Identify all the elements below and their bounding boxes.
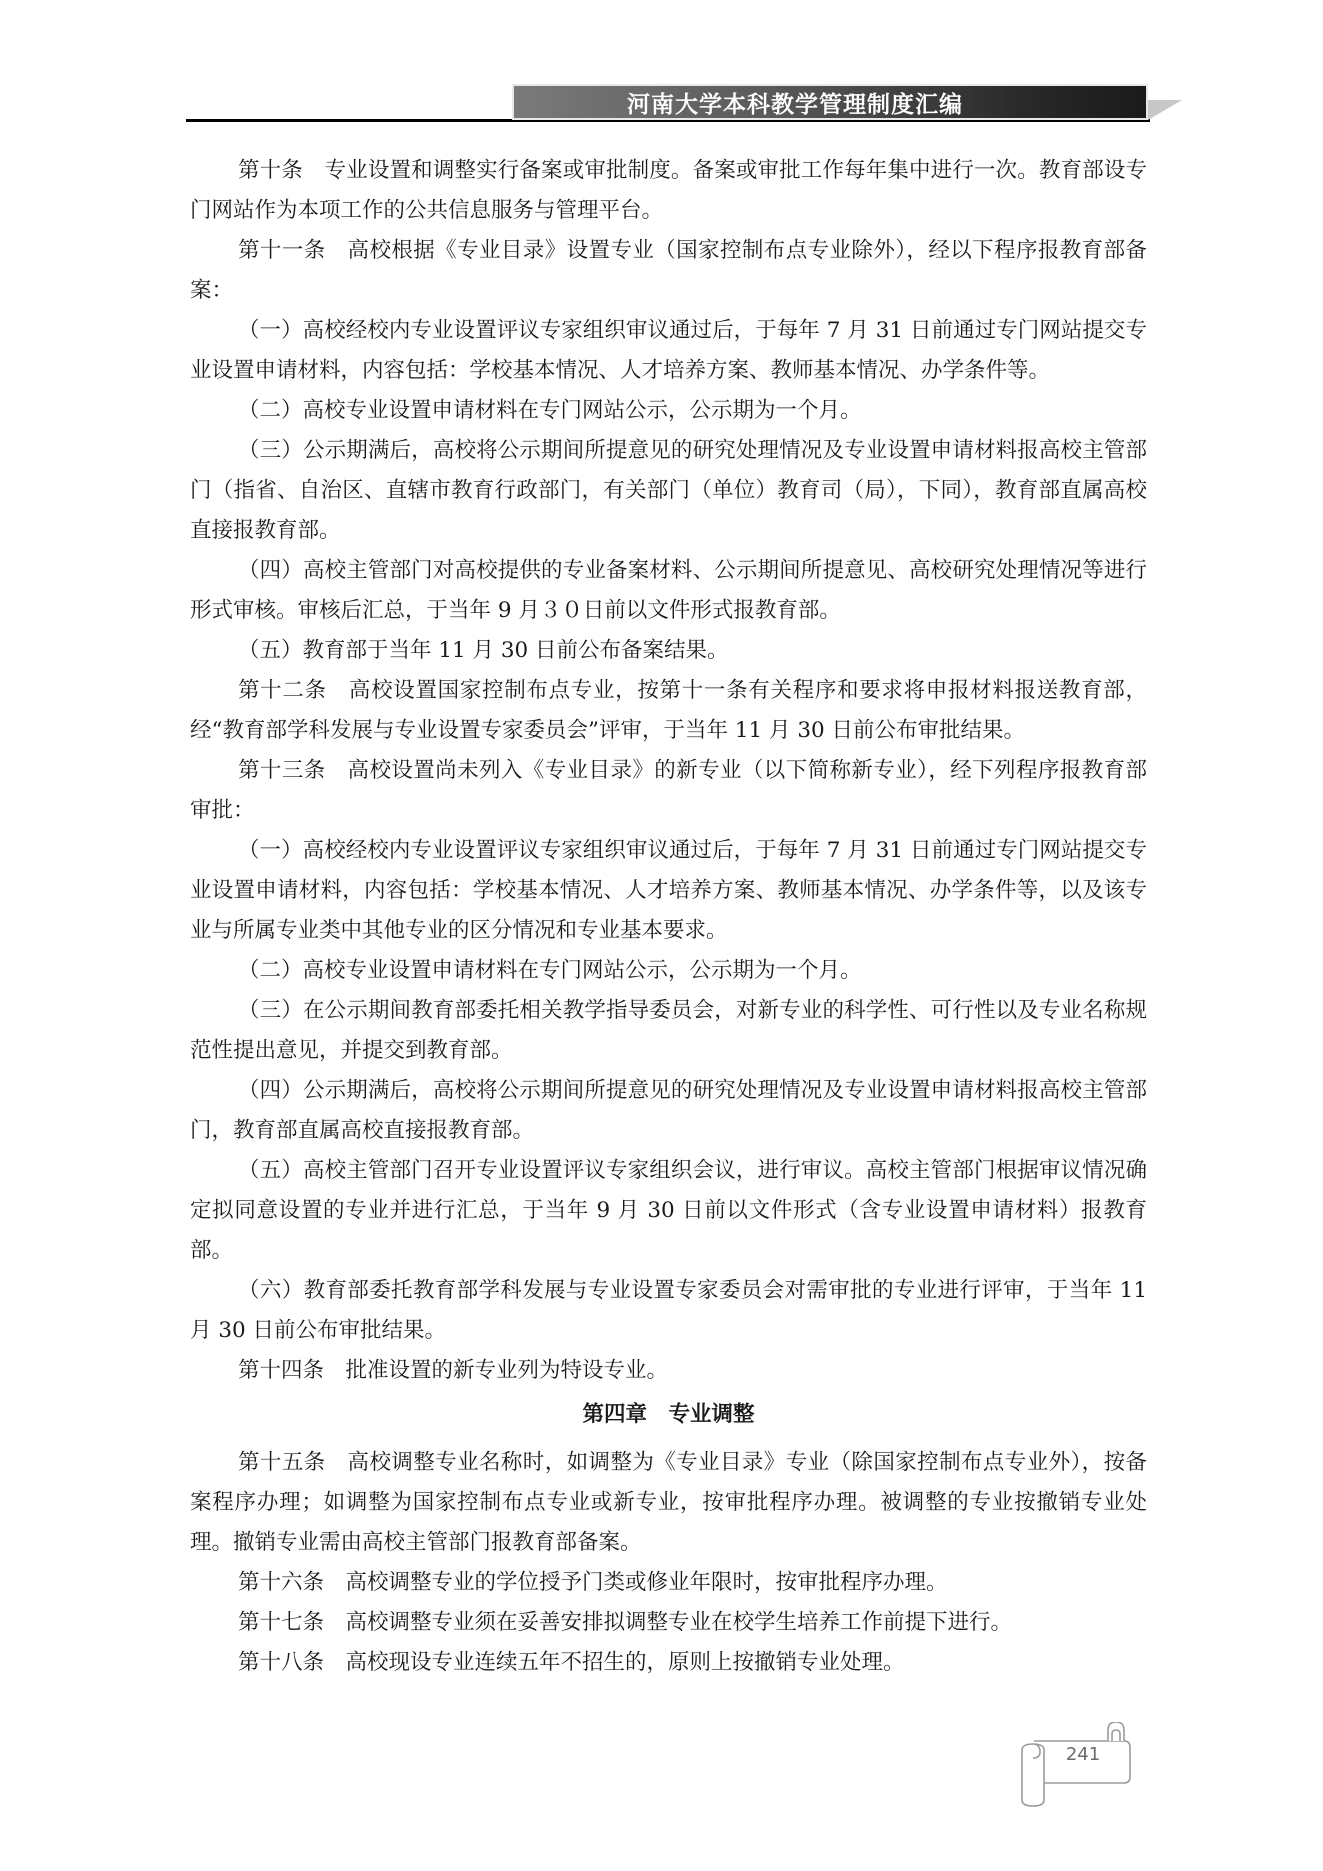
article-11-item-5: （五）教育部于当年 11 月 30 日前公布备案结果。 bbox=[190, 631, 1147, 671]
article-11-item-3: （三）公示期满后，高校将公示期间所提意见的研究处理情况及专业设置申请材料报高校主… bbox=[190, 431, 1147, 551]
document-title: 河南大学本科教学管理制度汇编 bbox=[627, 86, 963, 119]
article-13: 第十三条 高校设置尚未列入《专业目录》的新专业（以下简称新专业），经下列程序报教… bbox=[190, 751, 1147, 831]
article-13-item-6: （六）教育部委托教育部学科发展与专业设置专家委员会对需审批的专业进行评审，于当年… bbox=[190, 1271, 1147, 1351]
article-11-item-2: （二）高校专业设置申请材料在专门网站公示，公示期为一个月。 bbox=[190, 391, 1147, 431]
article-16: 第十六条 高校调整专业的学位授予门类或修业年限时，按审批程序办理。 bbox=[190, 1563, 1147, 1603]
article-13-item-1: （一）高校经校内专业设置评议专家组织审议通过后，于每年 7 月 31 日前通过专… bbox=[190, 831, 1147, 951]
article-12: 第十二条 高校设置国家控制布点专业，按第十一条有关程序和要求将申报材料报送教育部… bbox=[190, 671, 1147, 751]
article-13-item-2: （二）高校专业设置申请材料在专门网站公示，公示期为一个月。 bbox=[190, 951, 1147, 991]
article-13-item-4: （四）公示期满后，高校将公示期间所提意见的研究处理情况及专业设置申请材料报高校主… bbox=[190, 1071, 1147, 1151]
article-15: 第十五条 高校调整专业名称时，如调整为《专业目录》专业（除国家控制布点专业外），… bbox=[190, 1443, 1147, 1563]
document-body: 第十条 专业设置和调整实行备案或审批制度。备案或审批工作每年集中进行一次。教育部… bbox=[190, 151, 1147, 1683]
banner-fold-decoration bbox=[1148, 100, 1184, 122]
page-number: 241 bbox=[1048, 1744, 1118, 1765]
article-10: 第十条 专业设置和调整实行备案或审批制度。备案或审批工作每年集中进行一次。教育部… bbox=[190, 151, 1147, 231]
header-banner: 河南大学本科教学管理制度汇编 bbox=[512, 84, 1148, 120]
article-17: 第十七条 高校调整专业须在妥善安排拟调整专业在校学生培养工作前提下进行。 bbox=[190, 1603, 1147, 1643]
article-14: 第十四条 批准设置的新专业列为特设专业。 bbox=[190, 1351, 1147, 1391]
article-11: 第十一条 高校根据《专业目录》设置专业（国家控制布点专业除外），经以下程序报教育… bbox=[190, 231, 1147, 311]
article-18: 第十八条 高校现设专业连续五年不招生的，原则上按撤销专业处理。 bbox=[190, 1643, 1147, 1683]
chapter-heading: 第四章 专业调整 bbox=[190, 1395, 1147, 1435]
article-11-item-1: （一）高校经校内专业设置评议专家组织审议通过后，于每年 7 月 31 日前通过专… bbox=[190, 311, 1147, 391]
article-11-item-4: （四）高校主管部门对高校提供的专业备案材料、公示期间所提意见、高校研究处理情况等… bbox=[190, 551, 1147, 631]
scroll-page-badge-icon bbox=[1010, 1722, 1140, 1822]
article-13-item-3: （三）在公示期间教育部委托相关教学指导委员会，对新专业的科学性、可行性以及专业名… bbox=[190, 991, 1147, 1071]
article-13-item-5: （五）高校主管部门召开专业设置评议专家组织会议，进行审议。高校主管部门根据审议情… bbox=[190, 1151, 1147, 1271]
